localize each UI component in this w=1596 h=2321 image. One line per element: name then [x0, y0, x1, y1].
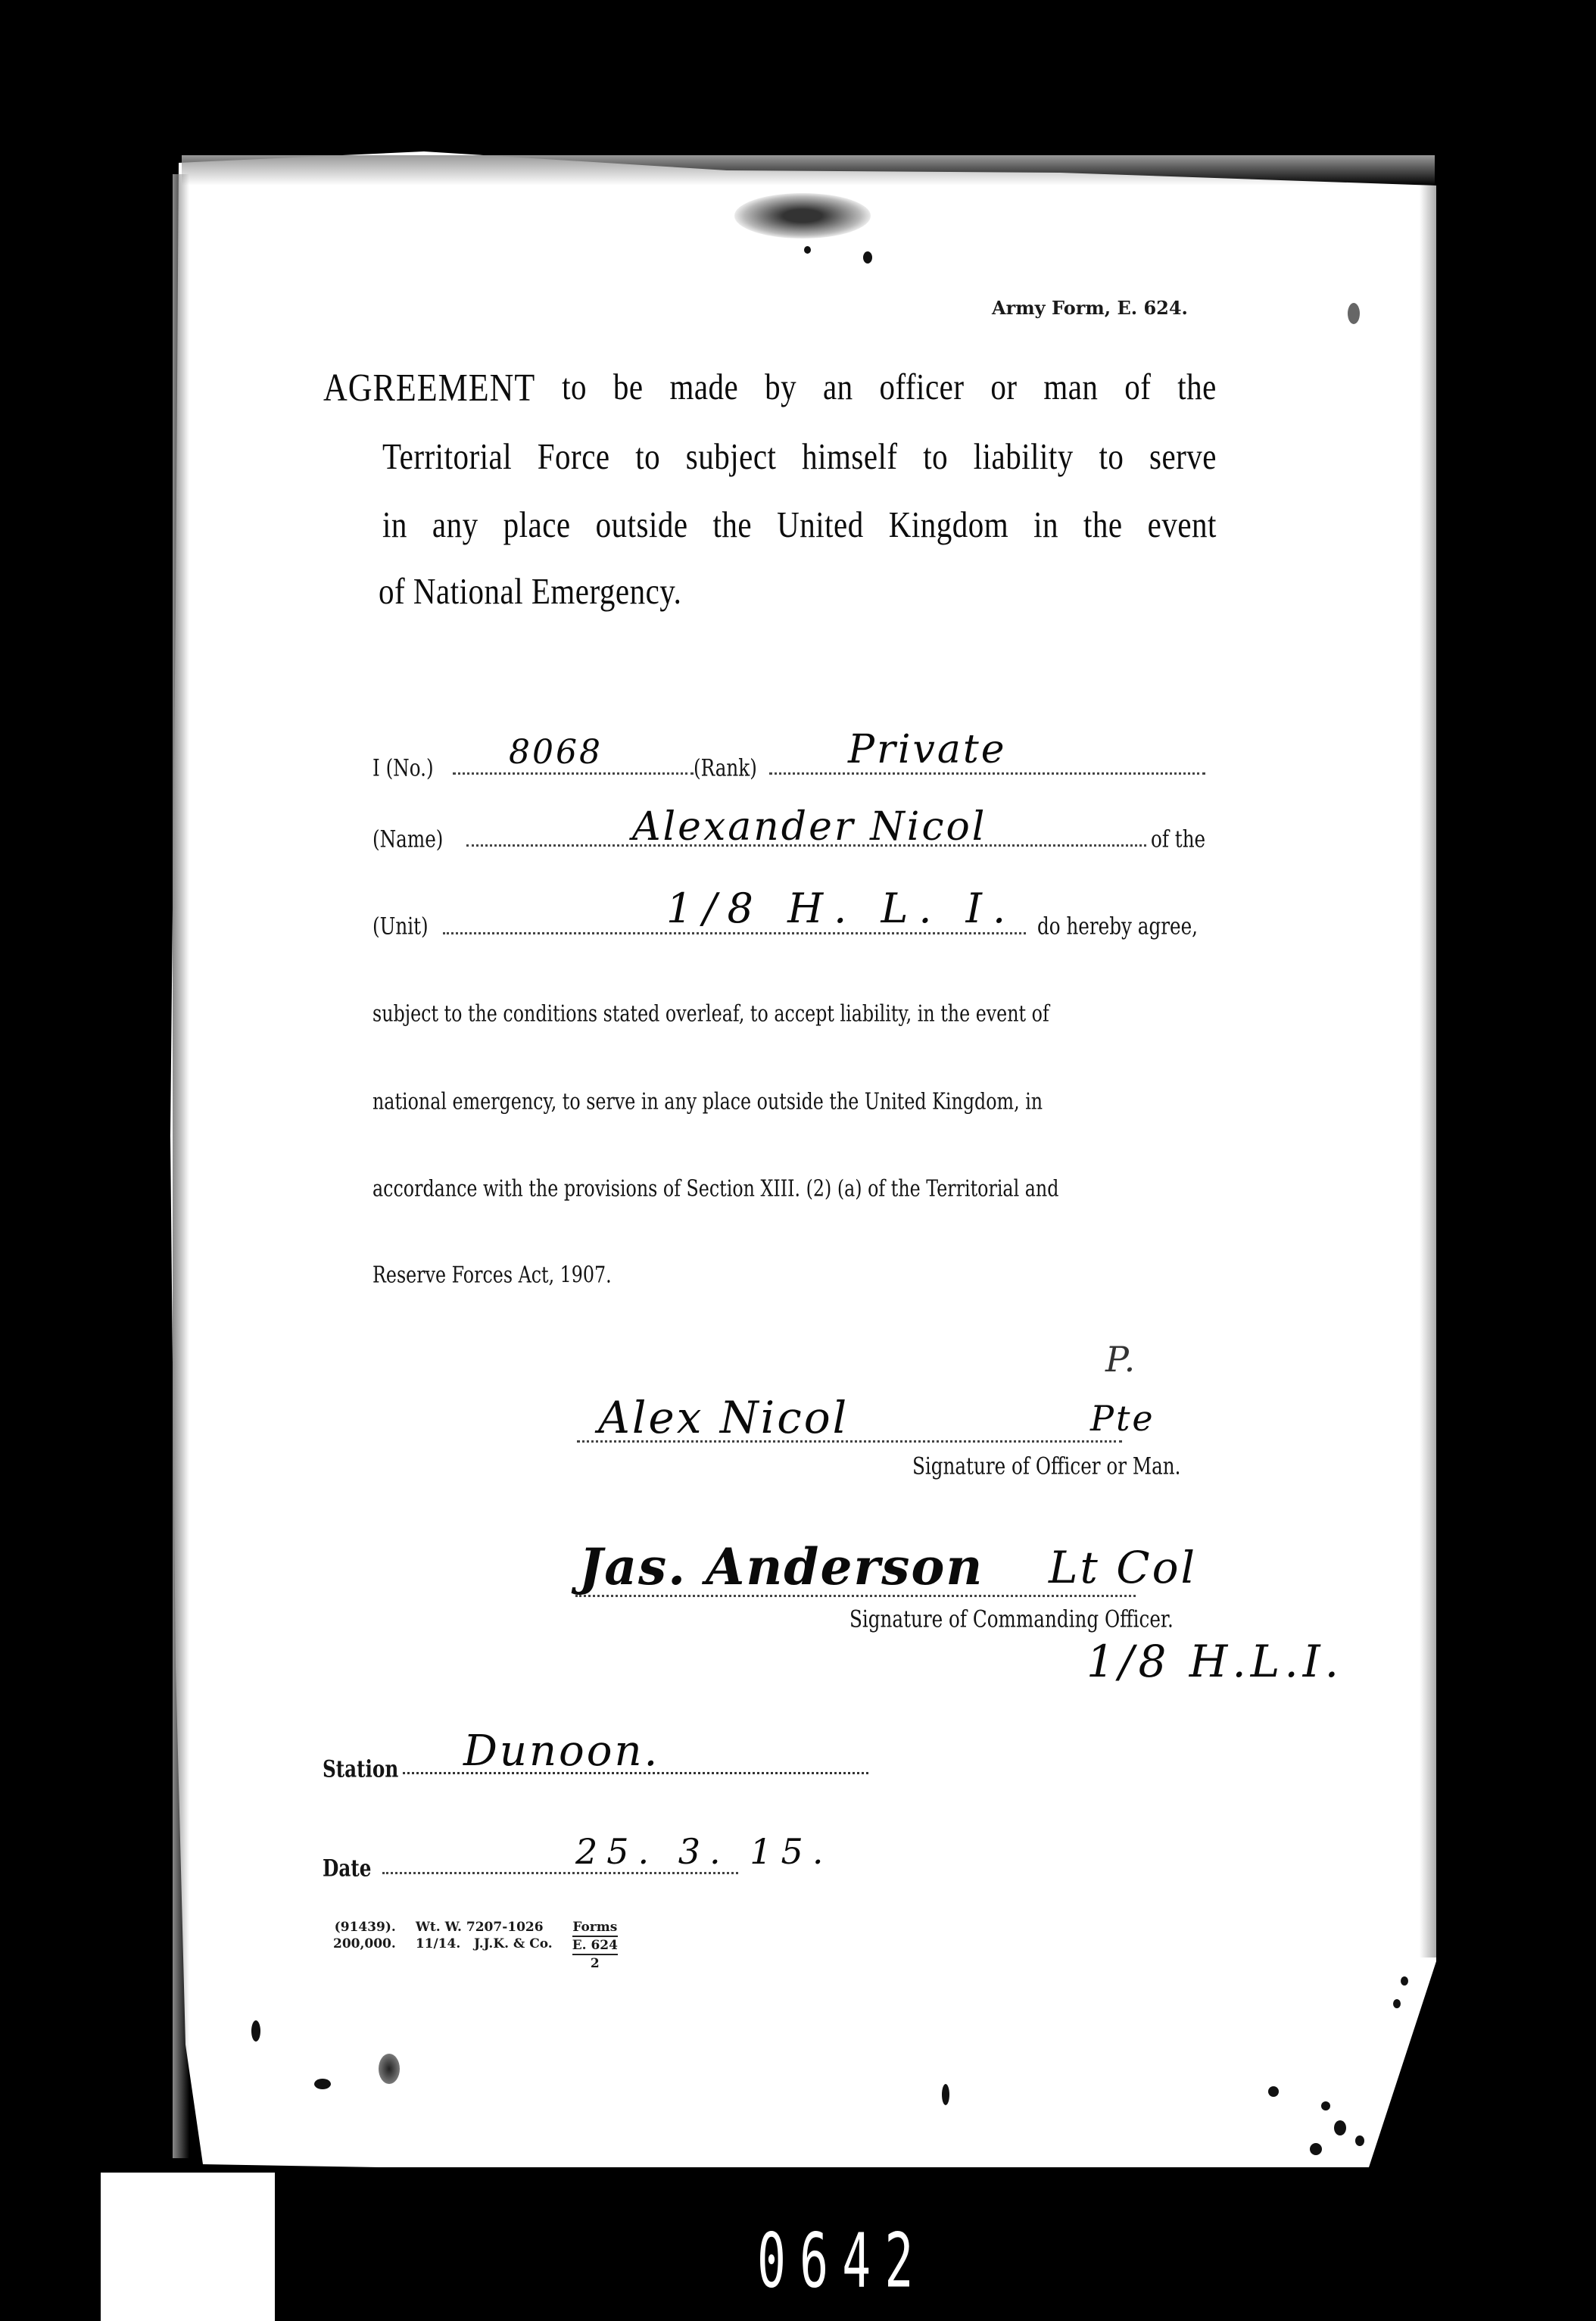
imprint-weight: Wt. W. 7207-1026	[416, 1919, 553, 1936]
heading-line-2: Territorial Force to subject himself to …	[382, 435, 1217, 478]
man-mark: P.	[1105, 1339, 1137, 1380]
imprint-form-code: Forms E. 624 2	[572, 1919, 618, 1972]
heading-word: be	[613, 365, 644, 410]
heading-word: himself	[802, 435, 897, 478]
ink-spot	[379, 2054, 400, 2084]
station-value: Dunoon.	[463, 1727, 659, 1776]
heading-word: made	[669, 365, 738, 410]
ink-spot	[1393, 1999, 1401, 2008]
document-sheet	[0, 0, 1596, 2321]
station-label: Station	[323, 1755, 398, 1783]
co-signature: Jas. Anderson	[579, 1537, 983, 1596]
body-line-4: Reserve Forces Act, 1907.	[373, 1262, 612, 1288]
ink-spot	[1355, 2135, 1364, 2146]
imprint-date: 11/14.	[416, 1936, 460, 1951]
heading-word: any	[432, 503, 478, 546]
imprint-date-printer: 11/14. J.J.K. & Co.	[416, 1936, 553, 1952]
imprint-form-code-value: E. 624	[572, 1937, 618, 1955]
imprint-form-sub: 2	[572, 1955, 618, 1972]
ink-spot	[1310, 2143, 1322, 2155]
body-line-2: national emergency, to serve in any plac…	[373, 1089, 1043, 1115]
form-number: Army Form, E. 624.	[992, 297, 1188, 319]
heading-word: Territorial	[382, 435, 512, 478]
heading-word: an	[823, 365, 853, 410]
heading-word: to	[562, 365, 587, 410]
rank-line	[769, 772, 1205, 775]
unit-label: (Unit)	[373, 912, 429, 940]
man-rank-annotation: Pte	[1090, 1398, 1155, 1439]
rank-value: Private	[848, 727, 1007, 772]
number-line	[453, 772, 694, 775]
heading-word: of	[1124, 365, 1151, 410]
man-signature-caption: Signature of Officer or Man.	[912, 1452, 1180, 1480]
unit-suffix: do hereby agree,	[1037, 912, 1198, 940]
ink-smudge	[734, 193, 871, 239]
body-line-1: subject to the conditions stated overlea…	[373, 1001, 1049, 1027]
ink-spot	[1348, 303, 1360, 324]
ink-spot	[1334, 2120, 1346, 2135]
heading-word: to	[923, 435, 948, 478]
heading-word: man	[1043, 365, 1098, 410]
heading-word: the	[1083, 503, 1123, 546]
heading-word: the	[1177, 365, 1217, 410]
co-signature-caption: Signature of Commanding Officer.	[849, 1605, 1174, 1633]
date-line	[382, 1872, 738, 1874]
heading-line-1: AGREEMENT to be made by an officer or ma…	[323, 365, 1217, 410]
number-label: I (No.)	[373, 754, 434, 781]
heading-line-4: of National Emergency.	[379, 569, 681, 613]
date-label: Date	[323, 1855, 371, 1882]
body-line-3: accordance with the provisions of Sectio…	[373, 1176, 1058, 1202]
imprint-forms: Forms	[572, 1919, 618, 1937]
co-rank: Lt Col	[1049, 1542, 1197, 1593]
ink-spot	[1401, 1976, 1408, 1986]
printer-imprint: (91439). 200,000. Wt. W. 7207-1026 11/14…	[333, 1919, 618, 1972]
heading-word: or	[990, 365, 1017, 410]
ink-spot	[804, 246, 811, 254]
scan-label-box	[101, 2173, 275, 2321]
rank-label: (Rank)	[694, 754, 757, 781]
heading-word: to	[1099, 435, 1124, 478]
imprint-printer: J.J.K. & Co.	[474, 1936, 553, 1951]
heading-word: liability	[974, 435, 1074, 478]
ink-spot	[863, 251, 872, 264]
man-signature: Alex Nicol	[598, 1392, 849, 1443]
heading-word: to	[635, 435, 660, 478]
unit-value: 1/8 H. L. I.	[666, 884, 1016, 932]
heading-word: by	[765, 365, 796, 410]
ink-spot	[1268, 2086, 1279, 2097]
heading-agreement: AGREEMENT	[323, 365, 535, 410]
heading-word: outside	[596, 503, 688, 546]
heading-word: Force	[538, 435, 610, 478]
name-suffix: of the	[1151, 825, 1205, 853]
heading-word: place	[503, 503, 571, 546]
heading-word: subject	[686, 435, 777, 478]
imprint-qty: 200,000.	[333, 1936, 396, 1952]
ink-spot	[251, 2020, 260, 2042]
frame-number: 0642	[757, 2217, 927, 2305]
date-value: 25. 3. 15.	[575, 1831, 832, 1872]
name-value: Alexander Nicol	[632, 804, 987, 850]
heading-line-3: in any place outside the United Kingdom …	[382, 503, 1217, 546]
heading-word: Kingdom	[889, 503, 1008, 546]
ink-spot	[314, 2079, 331, 2089]
heading-word: serve	[1149, 435, 1217, 478]
heading-word: United	[777, 503, 864, 546]
heading-word: in	[382, 503, 407, 546]
heading-word: officer	[879, 365, 964, 410]
imprint-col-2: Wt. W. 7207-1026 11/14. J.J.K. & Co.	[416, 1919, 553, 1972]
ink-spot	[942, 2084, 949, 2105]
heading-word: event	[1148, 503, 1217, 546]
heading-word: in	[1033, 503, 1058, 546]
name-label: (Name)	[373, 825, 443, 853]
unit-line	[443, 932, 1026, 934]
number-value: 8068	[509, 733, 603, 772]
imprint-col-1: (91439). 200,000.	[333, 1919, 396, 1972]
ink-spot	[1321, 2101, 1330, 2110]
co-unit-note: 1/8 H.L.I.	[1086, 1636, 1343, 1687]
heading-word: the	[713, 503, 753, 546]
imprint-ref: (91439).	[333, 1919, 396, 1936]
